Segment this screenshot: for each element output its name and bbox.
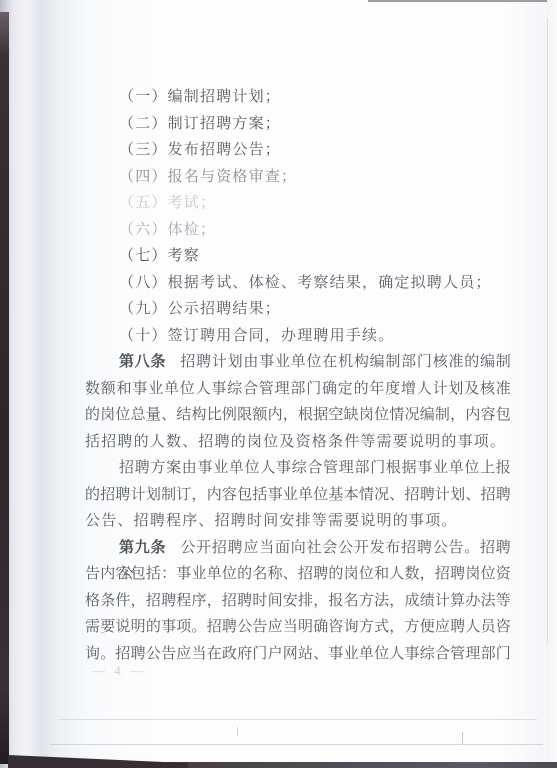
article-9-line-5: 询。招聘公告应当在政府门户网站、事业单位人事综合管理部门 <box>85 641 511 668</box>
list-item-4: （四）报名与资格审查； <box>85 164 511 191</box>
list-item-9: （九）公示招聘结果； <box>85 296 511 323</box>
page-body: （一）编制招聘计划； （二）制订招聘方案； （三）发布招聘公告； （四）报名与资… <box>85 84 511 667</box>
list-item-3: （三）发布招聘公告； <box>85 137 511 164</box>
article-8-line-2: 数额和事业单位人事综合管理部门确定的年度增人计划及核准 <box>85 376 511 403</box>
article-9-label: 第九条 <box>119 540 166 556</box>
list-item-7: （七）考察 <box>85 243 511 270</box>
scanned-page: （一）编制招聘计划； （二）制订招聘方案； （三）发布招聘公告； （四）报名与资… <box>0 0 557 768</box>
underpage-edge-line <box>58 719 537 720</box>
list-item-10: （十）签订聘用合同，办理聘用手续。 <box>85 323 511 350</box>
list-item-2: （二）制订招聘方案； <box>85 111 511 138</box>
page-number: — 4 — <box>92 663 146 679</box>
list-item-1: （一）编制招聘计划； <box>85 84 511 111</box>
list-item-5: （五）考试； <box>85 190 511 217</box>
book-binding-edge <box>0 12 9 764</box>
list-item-8: （八）根据考试、体检、考察结果，确定拟聘人员； <box>85 270 511 297</box>
paragraph-line-3: 公告、招聘程序、招聘时间安排等需要说明的事项。 <box>85 508 511 535</box>
right-page-edge-line <box>547 18 548 643</box>
paragraph-line-2: 的招聘计划制订，内容包括事业单位基本情况、招聘计划、招聘 <box>85 482 511 509</box>
list-item-6: （六）体检； <box>85 217 511 244</box>
article-9-line-4: 需要说明的事项。招聘公告应当明确咨询方式，方便应聘人员咨 <box>85 614 511 641</box>
article-8-label: 第八条 <box>119 354 166 370</box>
top-scan-edge-line <box>368 0 547 2</box>
underpage-edge-line <box>50 744 543 745</box>
article-8-line-3: 的岗位总量、结构比例限额内，根据空缺岗位情况编制，内容包 <box>85 402 511 429</box>
article-9-line-3: 格条件，招聘程序，招聘时间安排，报名方法，成绩计算办法等 <box>85 588 511 615</box>
paragraph-line-1: 招聘方案由事业单位人事综合管理部门根据事业单位上报 <box>85 455 511 482</box>
article-8-line-1: 第八条招聘计划由事业单位在机构编制部门核准的编制 <box>85 349 511 376</box>
article-9-line-1: 第九条公开招聘应当面向社会公开发布招聘公告。招聘公 <box>85 535 511 562</box>
article-8-text: 招聘计划由事业单位在机构编制部门核准的编制 <box>180 354 511 370</box>
article-8-line-4: 括招聘的人数、招聘的岗位及资格条件等需要说明的事项。 <box>85 429 511 456</box>
article-9-line-2: 告内容包括：事业单位的名称、招聘的岗位和人数，招聘岗位资 <box>85 561 511 588</box>
underpage-edge-tick <box>462 732 463 745</box>
underpage-edge-tick <box>237 727 238 736</box>
